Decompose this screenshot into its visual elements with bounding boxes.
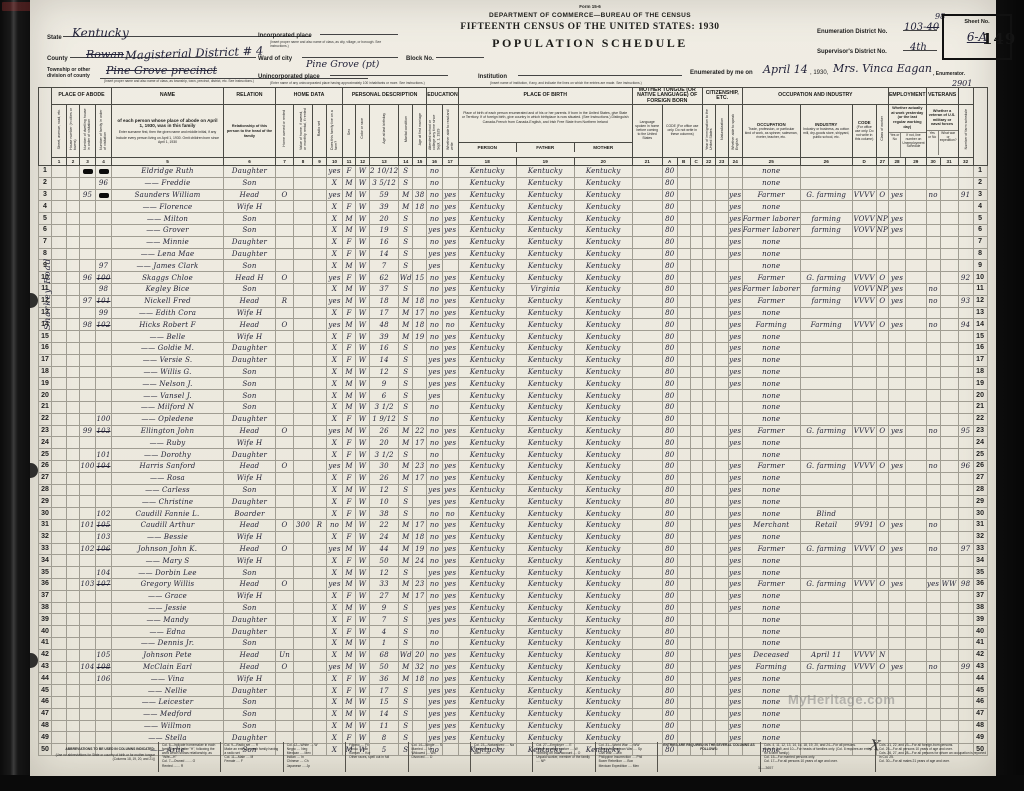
name-cell: —— Vina (112, 673, 224, 685)
cell: Kentucky (458, 508, 516, 520)
cell: Kentucky (516, 213, 574, 225)
cell: 80 (662, 508, 677, 520)
cell (413, 390, 427, 402)
cell: S (399, 354, 413, 366)
cell (728, 449, 742, 461)
cell: Daughter (224, 413, 276, 425)
cell: 80 (662, 272, 677, 284)
cell: M (343, 284, 356, 296)
cell (632, 248, 662, 260)
cell: Kentucky (458, 472, 516, 484)
cell: none (742, 413, 800, 425)
footer-abbrev-block: Filipino .... Fil Hindu .... Hin Korean … (345, 742, 407, 772)
cell: Kentucky (516, 319, 574, 331)
cell (67, 213, 80, 225)
name-cell: Ellington John (112, 425, 224, 437)
col-desc: Year of immigration to the United States (702, 105, 715, 158)
cell (690, 614, 702, 626)
cell: yes (728, 708, 742, 720)
cell (96, 685, 112, 697)
cell: Kentucky (516, 555, 574, 567)
cell (926, 567, 940, 579)
pob-sublabel: MOTHER (574, 143, 632, 152)
cell (80, 413, 96, 425)
cell (702, 213, 715, 225)
form-title-block: Form 15-6 DEPARTMENT OF COMMERCE—BUREAU … (380, 4, 800, 51)
cell (677, 567, 690, 579)
cell: Daughter (224, 685, 276, 697)
column-number: 10 (327, 158, 343, 166)
cell: F (343, 413, 356, 425)
cell (888, 637, 905, 649)
cell (876, 177, 888, 189)
cell: W (356, 543, 370, 555)
line-number-cell: 46 (973, 696, 987, 708)
cell: S (399, 696, 413, 708)
cell (690, 272, 702, 284)
cell (906, 520, 927, 532)
cell (800, 248, 852, 260)
cell (413, 626, 427, 638)
line-number-cell: 38 (39, 602, 52, 614)
cell (876, 567, 888, 579)
cell (715, 166, 728, 178)
entries-required-block: Cols. 21, 22, and 23—For all foreign-bor… (875, 742, 990, 772)
cell (926, 343, 940, 355)
cell (313, 343, 327, 355)
cell (413, 508, 427, 520)
cell (800, 567, 852, 579)
cell: 80 (662, 708, 677, 720)
cell (276, 673, 294, 685)
cell (313, 696, 327, 708)
cell (80, 248, 96, 260)
cell: yes (427, 496, 442, 508)
cell: 19 (413, 331, 427, 343)
cell: M (399, 437, 413, 449)
cell (702, 649, 715, 661)
table-row: 16—— Goldie M.DaughterXFW16SnoyesKentuck… (39, 343, 988, 355)
table-row: 1096100Skaggs ChloeHead HOyesFW62Wd15noy… (39, 272, 988, 284)
name-cell: —— Dennis Jr. (112, 637, 224, 649)
cell: M (343, 378, 356, 390)
table-row: 37—— GraceWife HXFW27M17noyesKentuckyKen… (39, 590, 988, 602)
cell (690, 496, 702, 508)
cell: 22 (370, 520, 399, 532)
cell: S (399, 402, 413, 414)
cell (96, 390, 112, 402)
line-number-cell: 45 (39, 685, 52, 697)
cell: yes (442, 472, 458, 484)
cell: G. farming (800, 543, 852, 555)
cell: O (876, 295, 888, 307)
cell: 80 (662, 378, 677, 390)
ward-line (302, 56, 398, 58)
cell (677, 531, 690, 543)
line-number-cell: 45 (973, 685, 987, 697)
cell (690, 696, 702, 708)
cell (67, 307, 80, 319)
cell (96, 331, 112, 343)
table-body: 1Eldridge RuthDaughteryesFW2 10/12SnoKen… (39, 166, 988, 756)
cell: M (343, 319, 356, 331)
cell (67, 578, 80, 590)
cell (906, 531, 927, 543)
cell: yes (442, 343, 458, 355)
column-group-employment: EMPLOYMENT (888, 88, 926, 105)
cell (800, 531, 852, 543)
cell (313, 402, 327, 414)
table-row: 38—— JessieSonXMW9SyesyesKentuckyKentuck… (39, 602, 988, 614)
cell (677, 248, 690, 260)
cell: X (327, 531, 343, 543)
cell (940, 637, 958, 649)
cell: none (742, 248, 800, 260)
cell: Kentucky (458, 319, 516, 331)
cell (276, 590, 294, 602)
table-row: 1Eldridge RuthDaughteryesFW2 10/12SnoKen… (39, 166, 988, 178)
cell: yes (442, 425, 458, 437)
cell: yes (888, 189, 905, 201)
column-number: 26 (800, 158, 852, 166)
cell: 4 (370, 626, 399, 638)
line-number-cell: 33 (973, 543, 987, 555)
cell (906, 602, 927, 614)
cell: Kentucky (516, 685, 574, 697)
cell: yes (728, 484, 742, 496)
cell (276, 366, 294, 378)
cell (52, 437, 67, 449)
line-number-cell: 47 (973, 708, 987, 720)
cell (906, 236, 927, 248)
cell (940, 590, 958, 602)
cell (958, 531, 973, 543)
cell: 80 (662, 319, 677, 331)
cell (67, 166, 80, 178)
cell (728, 614, 742, 626)
cell (702, 378, 715, 390)
cell (940, 673, 958, 685)
cell (852, 614, 876, 626)
cell: yes (728, 673, 742, 685)
cell: 80 (662, 366, 677, 378)
cell: X (327, 225, 343, 237)
col-desc: Sex (343, 105, 356, 158)
cell (80, 484, 96, 496)
ink-blot (99, 169, 109, 174)
cell (80, 236, 96, 248)
cell (876, 260, 888, 272)
cell: no (926, 425, 940, 437)
cell: 99 (958, 661, 973, 673)
cell: Kentucky (458, 390, 516, 402)
cell: no (427, 189, 442, 201)
cell (852, 555, 876, 567)
cell (888, 177, 905, 189)
name-cell: —— Christine (112, 496, 224, 508)
cell: 16 (370, 236, 399, 248)
cell (926, 696, 940, 708)
cell: Kentucky (574, 437, 632, 449)
column-number: 25 (742, 158, 800, 166)
cell (313, 248, 327, 260)
cell (958, 708, 973, 720)
cell: 9 (370, 602, 399, 614)
cell (677, 189, 690, 201)
veterans-desc: Whether a veteran of U.S. military or na… (926, 105, 958, 158)
table-row: 18—— Willis G.SonXMW12SyesyesKentuckyKen… (39, 366, 988, 378)
name-cell: Saunders William (112, 189, 224, 201)
cell: yes (442, 673, 458, 685)
cell: Son (224, 567, 276, 579)
cell (313, 354, 327, 366)
cell (442, 402, 458, 414)
cell (632, 685, 662, 697)
cell (294, 555, 313, 567)
cell (958, 673, 973, 685)
cell (728, 177, 742, 189)
cell (888, 449, 905, 461)
cell (690, 555, 702, 567)
cell (67, 343, 80, 355)
cell (690, 543, 702, 555)
cell: Kentucky (516, 567, 574, 579)
cell (958, 366, 973, 378)
cell (715, 284, 728, 296)
line-number-cell: 25 (973, 449, 987, 461)
cell (294, 425, 313, 437)
cell (96, 213, 112, 225)
cell: Kentucky (574, 248, 632, 260)
cell: G. farming (800, 578, 852, 590)
cell (313, 390, 327, 402)
cell (80, 649, 96, 661)
cell (67, 555, 80, 567)
col-desc-vertical: Class of worker (880, 116, 884, 141)
cell (906, 343, 927, 355)
cell: Kentucky (458, 354, 516, 366)
cell: 98 (958, 578, 973, 590)
cell (715, 626, 728, 638)
cell (632, 602, 662, 614)
cell: S (399, 614, 413, 626)
cell (52, 567, 67, 579)
line-number-cell: 37 (973, 590, 987, 602)
col-desc-vertical: Sex (347, 129, 351, 135)
cell: 105 (96, 520, 112, 532)
cell: X (327, 637, 343, 649)
cell: Kentucky (516, 390, 574, 402)
cell: yes (888, 213, 905, 225)
cell: yes (442, 484, 458, 496)
cell: 80 (662, 496, 677, 508)
cell: yes (442, 708, 458, 720)
cell: Wife H (224, 201, 276, 213)
cell (926, 248, 940, 260)
cell: Kentucky (574, 295, 632, 307)
line-number-cell: 44 (973, 673, 987, 685)
cell (413, 567, 427, 579)
cell (80, 614, 96, 626)
cell: 80 (662, 331, 677, 343)
cell (906, 260, 927, 272)
cell (715, 637, 728, 649)
cell: no (926, 284, 940, 296)
occ-col-text: Trade, profession, or particular kind of… (743, 127, 800, 141)
cell (888, 614, 905, 626)
cell: Kentucky (574, 708, 632, 720)
cell: 107 (96, 578, 112, 590)
cell: Kentucky (516, 673, 574, 685)
cell (940, 696, 958, 708)
cell (888, 201, 905, 213)
cell: Wd (399, 649, 413, 661)
cell: yes (888, 661, 905, 673)
cell: W (356, 413, 370, 425)
cell: Head H (224, 272, 276, 284)
cell: yes (427, 567, 442, 579)
cell: no (427, 402, 442, 414)
cell (800, 366, 852, 378)
cell: 12 (370, 366, 399, 378)
cell: Kentucky (516, 260, 574, 272)
cell (958, 614, 973, 626)
cell (677, 402, 690, 414)
cell (67, 284, 80, 296)
column-group-abode: PLACE OF ABODE (52, 88, 112, 105)
cell: Kentucky (516, 590, 574, 602)
cell (888, 555, 905, 567)
cell (852, 248, 876, 260)
cell: W (356, 461, 370, 473)
township-label: Township or other division of county (47, 68, 99, 79)
cell: 96 (96, 177, 112, 189)
cell (80, 284, 96, 296)
cell: 80 (662, 295, 677, 307)
column-number: D (852, 158, 876, 166)
cell: M (343, 567, 356, 579)
cell (715, 413, 728, 425)
cell: Kentucky (458, 720, 516, 732)
cell: yes (728, 578, 742, 590)
cell: Kentucky (516, 166, 574, 178)
cell (677, 520, 690, 532)
cell (728, 413, 742, 425)
cell (800, 449, 852, 461)
cell: Head (224, 189, 276, 201)
cell (690, 343, 702, 355)
cell: Kentucky (574, 390, 632, 402)
col-desc-vertical: Whether able to speak English (731, 108, 739, 150)
line-number-cell: 17 (973, 354, 987, 366)
cell: F (343, 343, 356, 355)
cell: Kentucky (574, 307, 632, 319)
cell (940, 449, 958, 461)
cell: 18 (370, 295, 399, 307)
cell: O (876, 189, 888, 201)
cell: S (399, 390, 413, 402)
line-number-cell: 19 (39, 378, 52, 390)
cell: no (427, 673, 442, 685)
cell (677, 319, 690, 331)
cell: Kentucky (458, 425, 516, 437)
cell: no (442, 319, 458, 331)
cell: Kentucky (516, 225, 574, 237)
cell: 17 (413, 590, 427, 602)
veterans-sublabel: What war or expedition? (938, 131, 958, 155)
cell (294, 319, 313, 331)
line-number-cell: 14 (973, 319, 987, 331)
cell (906, 567, 927, 579)
cell: Kentucky (516, 272, 574, 284)
cell (294, 284, 313, 296)
cell: 80 (662, 696, 677, 708)
cell: none (742, 307, 800, 319)
cell (702, 531, 715, 543)
cell (906, 673, 927, 685)
form-number: Form 15-6 (380, 4, 800, 9)
cell (276, 602, 294, 614)
cell (715, 472, 728, 484)
cell (690, 319, 702, 331)
cell: yes (427, 390, 442, 402)
name-cell: Kegley Bice (112, 284, 224, 296)
cell: yes (728, 295, 742, 307)
cell: M (399, 673, 413, 685)
abbreviations-footer: ABBREVIATIONS TO BE USED IN COLUMNS INDI… (44, 742, 990, 772)
cell (313, 449, 327, 461)
cell: yes (728, 590, 742, 602)
cell: Daughter (224, 449, 276, 461)
cell: Kentucky (458, 626, 516, 638)
cell (702, 508, 715, 520)
cell: 100 (96, 413, 112, 425)
cell (958, 567, 973, 579)
cell: W (356, 343, 370, 355)
cell (52, 496, 67, 508)
cell: W (356, 201, 370, 213)
cell (906, 472, 927, 484)
cell: Kentucky (574, 236, 632, 248)
table-row: 27—— RosaWife HXFW26M17noyesKentuckyKent… (39, 472, 988, 484)
cell: Kentucky (516, 236, 574, 248)
cell: Kentucky (574, 685, 632, 697)
cell (940, 484, 958, 496)
cell: S (399, 284, 413, 296)
cell: O (276, 425, 294, 437)
cell (632, 213, 662, 225)
col-desc: Does this family live on a farm? (327, 105, 343, 158)
name-cell: Nickell Fred (112, 295, 224, 307)
cell (702, 390, 715, 402)
cell (715, 390, 728, 402)
line-number-cell: 3 (973, 189, 987, 201)
line-number-header-left (39, 88, 52, 166)
cell: M (343, 484, 356, 496)
cell: Farmer laborer (742, 225, 800, 237)
cell: Kentucky (458, 437, 516, 449)
cell (313, 673, 327, 685)
cell (958, 520, 973, 532)
cell: yes (442, 272, 458, 284)
cell (677, 343, 690, 355)
cell: 14 (370, 354, 399, 366)
cell: 92 (958, 272, 973, 284)
cell (80, 260, 96, 272)
cell: S (399, 496, 413, 508)
sheet-label: Sheet No. (944, 19, 1010, 25)
table-row: 26100104Harris SanfordHeadOyesMW30M23noy… (39, 461, 988, 473)
